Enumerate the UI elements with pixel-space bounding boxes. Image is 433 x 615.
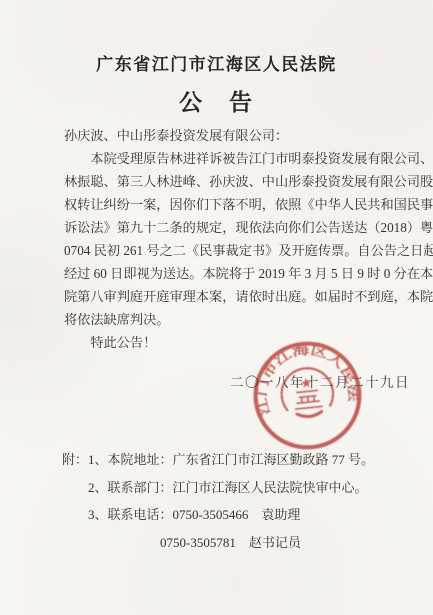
page-title: 公 告 xyxy=(0,84,433,117)
body-line: 0704 民初 261 号之二《民事裁定书》及开庭传票。自公告之日起 xyxy=(64,239,409,262)
court-name: 广东省江门市江海区人民法院 xyxy=(0,50,433,75)
national-emblem-icon xyxy=(279,366,335,419)
court-address-line: 附：1、本院地址：广东省江门市江海区勤政路 77 号。 xyxy=(62,446,417,474)
body-line: 林振聪、第三人林进峰、孙庆波、中山彤泰投资发展有限公司股 xyxy=(64,170,409,193)
body-line: 将依法缺席判决。 xyxy=(64,308,409,331)
body-line: 诉讼法》第九十二条的规定，现依法向你们公告送达（2018）粤 xyxy=(64,216,409,239)
body-line: 院第八审判庭开庭审理本案，请依时出庭。如届时不到庭，本院 xyxy=(64,285,409,308)
announcement-body: 孙庆波、中山彤泰投资发展有限公司： 本院受理原告林进祥诉被告江门市明泰投资发展有… xyxy=(64,124,409,354)
attachment-notes: 附：1、本院地址：广东省江门市江海区勤政路 77 号。 2、联系部门：江门市江海… xyxy=(62,446,417,556)
emblem-star-icon: ★ xyxy=(300,376,314,392)
body-line: 本院受理原告林进祥诉被告江门市明泰投资发展有限公司、 xyxy=(64,147,409,170)
body-line: 权转让纠纷一案，因你们下落不明，依照《中华人民共和国民事 xyxy=(64,193,409,216)
official-court-seal: ★ 江门市江海区人民法院 xyxy=(245,333,369,457)
announcement-document: 广东省江门市江海区人民法院 公 告 孙庆波、中山彤泰投资发展有限公司： 本院受理… xyxy=(0,0,433,615)
addressee-line: 孙庆波、中山彤泰投资发展有限公司： xyxy=(64,124,409,147)
body-line: 经过 60 日即视为送达。本院将于 2019 年 3 月 5 日 9 时 0 分… xyxy=(64,262,409,285)
contact-phone-line: 3、联系电话：0750-3505466 袁助理 xyxy=(88,501,417,529)
contact-phone-line-2: 0750-3505781 赵书记员 xyxy=(160,529,417,557)
body-paragraph: 本院受理原告林进祥诉被告江门市明泰投资发展有限公司、 林振聪、第三人林进峰、孙庆… xyxy=(64,147,409,331)
contact-department-line: 2、联系部门：江门市江海区人民法院快审中心。 xyxy=(88,474,417,502)
